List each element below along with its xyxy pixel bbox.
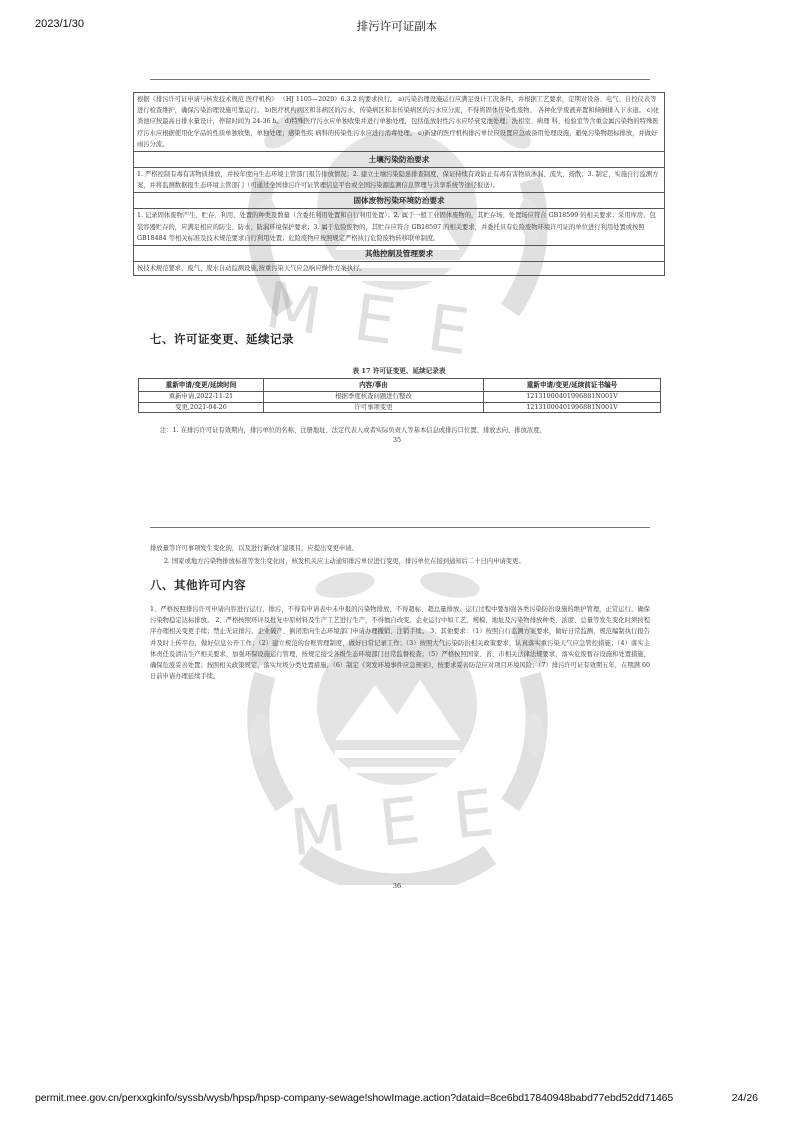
water-requirements-text: 根据《排污许可证申请与核发技术规范 医疗机构》 （HJ 1105—2020）6.…: [134, 93, 665, 152]
solid-waste-section-text: 1. 记录固体废物产生、贮存、利用、处置的种类及数量（含委托利用处置和自行利用处…: [134, 209, 665, 246]
table-note-2: 2. 国家或地方污染物排放标准等发生变化时，核发机关应主动通知排污单位进行变更，…: [164, 556, 525, 565]
column-header: 重新申请/变更/延续时间: [139, 379, 264, 392]
watermark-text: MEE: [287, 773, 532, 871]
solid-waste-section-title: 固体废物污染环境防治要求: [134, 193, 665, 209]
section8-body: 1、严格按照排污许可申请内容进行运行、排污，不得有申请表中未申报的污染物排放，不…: [150, 604, 650, 682]
print-url: permit.mee.gov.cn/perxxgkinfo/syssb/wysb…: [35, 1092, 673, 1104]
table-note-1: 注：1. 在排污许可证有效期内，排污单位的名称、注册地址、法定代表人或者实际负责…: [160, 425, 546, 434]
page-number: 35: [0, 436, 794, 444]
change-time: 变更,2021-04-26: [139, 402, 264, 413]
change-reason: 许可事项变更: [264, 402, 484, 413]
certificate-number: 12131000401996881N001V: [484, 402, 661, 413]
page-number: 36: [0, 882, 794, 890]
column-header: 内容/事由: [264, 379, 484, 392]
certificate-number: 12131000401996881N001V: [484, 392, 661, 403]
table-header-row: 重新申请/变更/延续时间 内容/事由 重新申请/变更/延续前证书编号: [139, 379, 661, 392]
print-header: 2023/1/30 排污许可证副本: [0, 18, 794, 38]
page-header-rule: [150, 79, 650, 80]
other-control-section-title: 其他控制及管理要求: [134, 246, 665, 262]
print-title: 排污许可证副本: [0, 18, 794, 34]
change-record-table: 重新申请/变更/延续时间 内容/事由 重新申请/变更/延续前证书编号 重新申请,…: [138, 378, 661, 413]
watermark-text: MEE: [261, 269, 507, 375]
soil-section-title: 土壤污染防治要求: [134, 152, 665, 168]
column-header: 重新申请/变更/延续前证书编号: [484, 379, 661, 392]
change-reason: 根据季度核查问题进行整改: [264, 392, 484, 403]
print-footer: permit.mee.gov.cn/perxxgkinfo/syssb/wysb…: [0, 1092, 794, 1108]
soil-section-text: 1. 严格控制有毒有害物质排放，并按年度向生态环境主管部门报告排放情况；2. 建…: [134, 168, 665, 193]
table17-caption: 表 17 许可证变更、延续记录表: [133, 365, 665, 375]
table-note-1-continued: 排放量等许可事项发生变化的，以及进行新改扩建项目，应提出变更申请。: [150, 543, 358, 552]
other-control-section-text: 按技术规范要求，废气、废水自动监测设施,按重污染天气应急响应操作方案执行。: [134, 262, 665, 276]
section8-heading: 八、其他许可内容: [150, 577, 246, 593]
page-header-rule: [150, 527, 650, 528]
print-page-indicator: 24/26: [732, 1092, 758, 1104]
section7-heading: 七、许可证变更、延续记录: [150, 331, 294, 347]
change-time: 重新申请,2022-11-21: [139, 392, 264, 403]
requirements-table: 根据《排污许可证申请与核发技术规范 医疗机构》 （HJ 1105—2020）6.…: [133, 92, 665, 276]
table-row: 重新申请,2022-11-21 根据季度核查问题进行整改 12131000401…: [139, 392, 661, 403]
table-row: 变更,2021-04-26 许可事项变更 12131000401996881N0…: [139, 402, 661, 413]
